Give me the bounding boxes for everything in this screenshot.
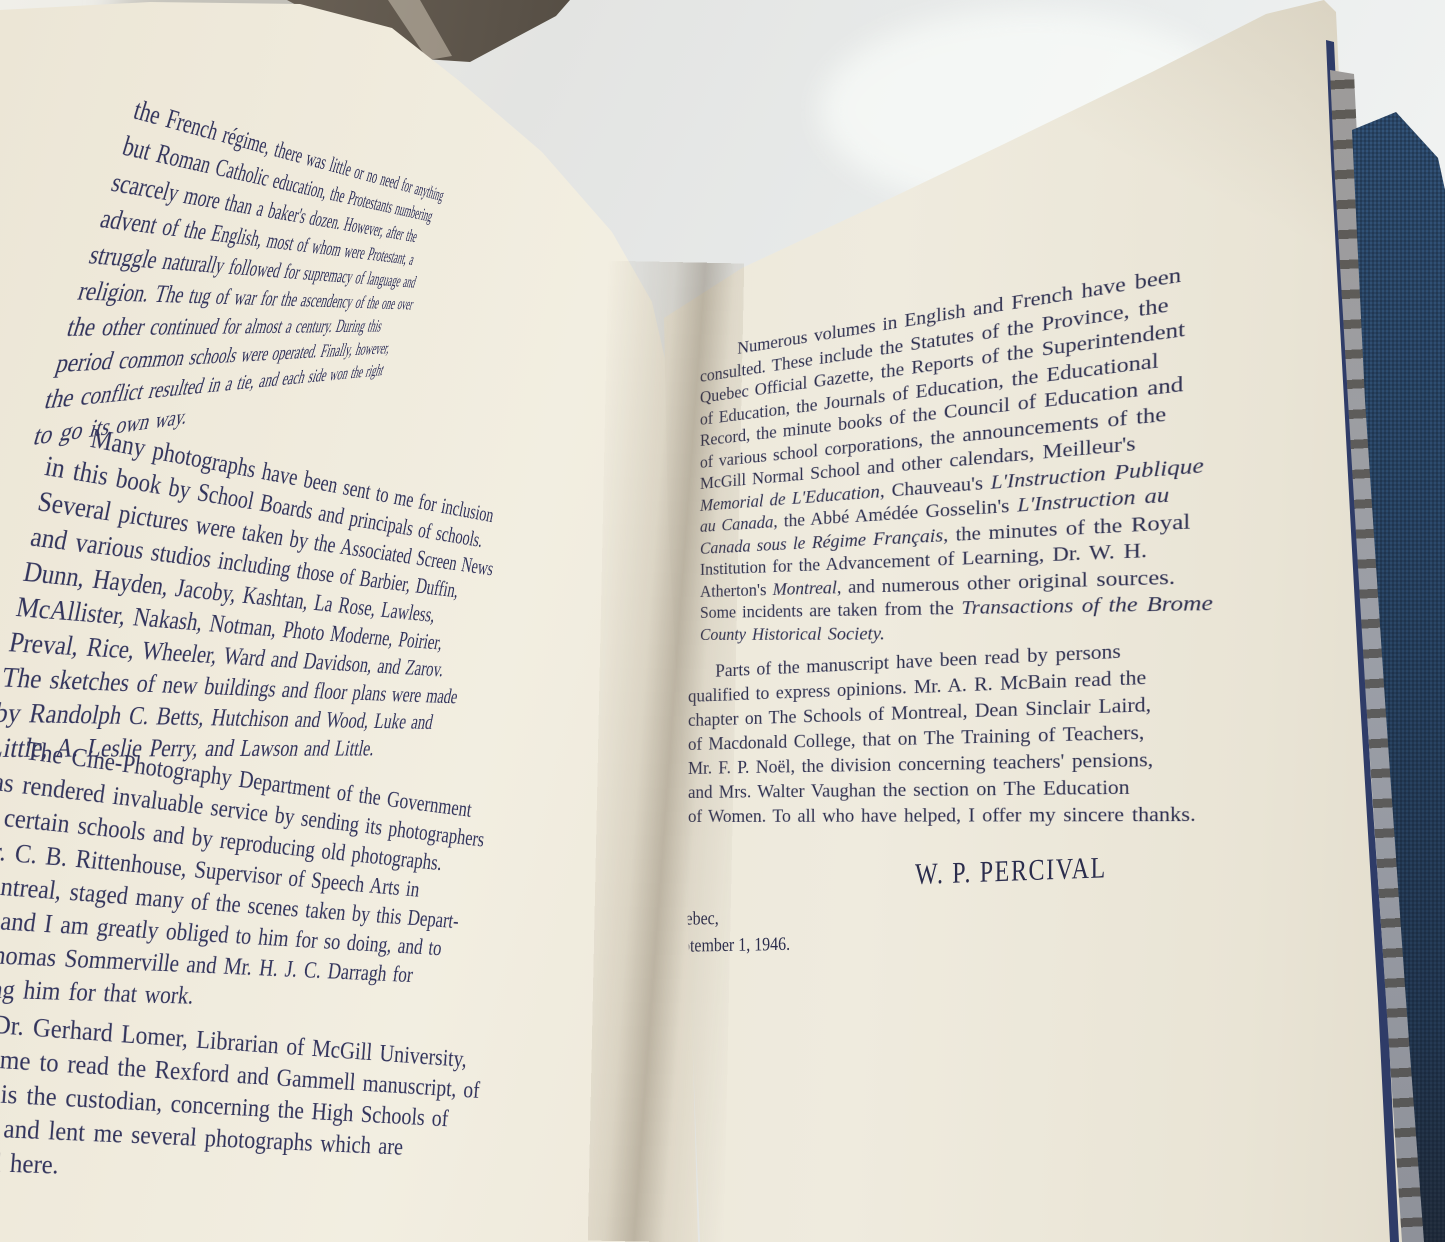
- left-paragraph-lomer: Dr. Gerhard Lomer, Librarian of McGill U…: [0, 1004, 616, 1200]
- book-photo: the French régime, there was little or n…: [0, 0, 1445, 1242]
- left-paragraph-photographs: Many photographs have been sent to me fo…: [0, 414, 573, 767]
- author-signature: W. P. PERCIVAL: [915, 851, 1107, 892]
- gutter-shadow: [588, 261, 744, 1242]
- text-line: of Women. To all who have helped, I offe…: [688, 799, 1395, 828]
- left-paragraph-cine-photography: The Cine-Photography Department of the G…: [0, 728, 581, 1021]
- right-paragraph-sources: Numerous volumes in English and French h…: [700, 200, 1445, 645]
- right-paragraph-acknowledgements: Parts of the manuscript have been read b…: [688, 623, 1395, 828]
- left-paragraph-french-regime: the French régime, there was little or n…: [29, 92, 485, 455]
